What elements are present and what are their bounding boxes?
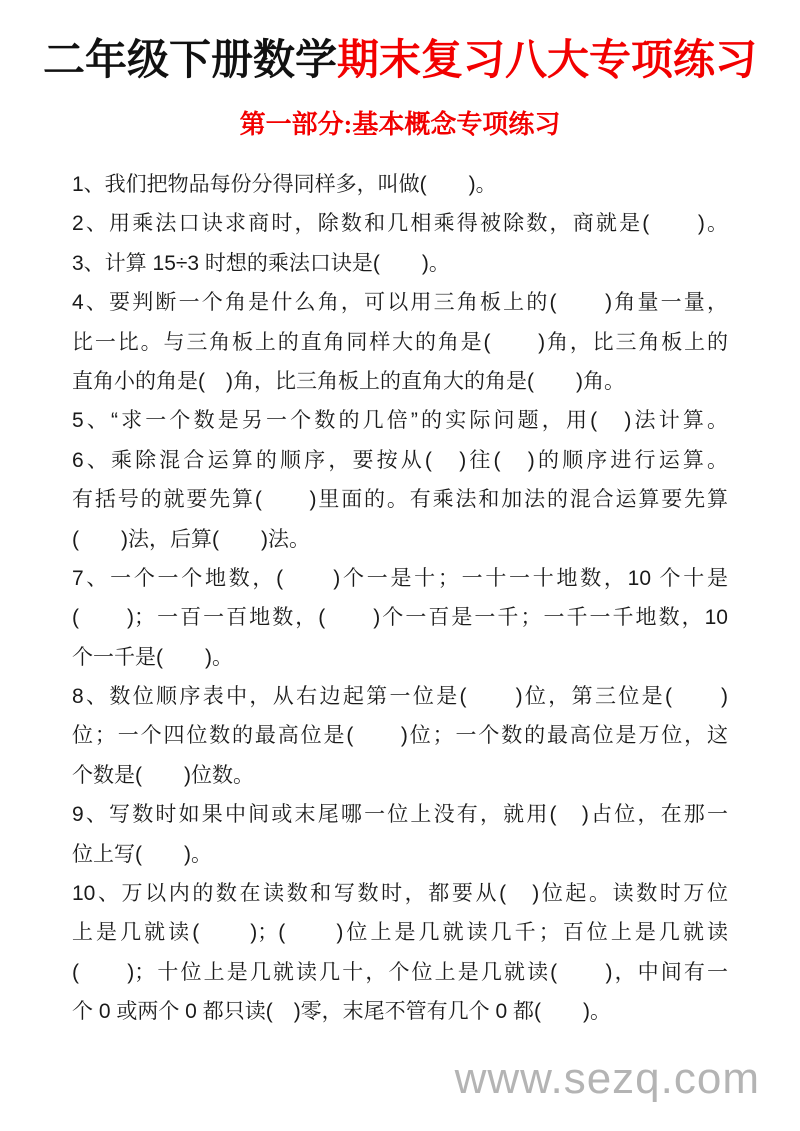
- q7-line2: ( )；一百一百地数，( )个一百是一千；一千一千地数，10: [72, 598, 728, 637]
- q9-line1: 9、写数时如果中间或末尾哪一位上没有，就用( )占位，在那一: [72, 795, 728, 834]
- worksheet-page: 二年级下册数学期末复习八大专项练习 第一部分:基本概念专项练习 1、我们把物品每…: [0, 0, 800, 1131]
- q8-line1: 8、数位顺序表中，从右边起第一位是( )位，第三位是( ): [72, 677, 728, 716]
- q4-line3: 直角小的角是( )角，比三角板上的直角大的角是( )角。: [72, 362, 728, 401]
- q8-line3: 个数是( )位数。: [72, 756, 728, 795]
- q7-line3: 个一千是( )。: [72, 638, 728, 677]
- watermark: www.sezq.com: [455, 1055, 760, 1103]
- q6-line3: ( )法，后算( )法。: [72, 520, 728, 559]
- q1-line1: 1、我们把物品每份分得同样多，叫做( )。: [72, 165, 728, 204]
- title-review-segment: 期末复习八大专项练习: [337, 38, 757, 84]
- q10-line1: 10、万以内的数在读数和写数时，都要从( )位起。读数时万位: [72, 874, 728, 913]
- q9-line2: 位上写( )。: [72, 835, 728, 874]
- page-title: 二年级下册数学期末复习八大专项练习: [0, 34, 800, 89]
- question-list: 1、我们把物品每份分得同样多，叫做( )。 2、用乘法口诀求商时，除数和几相乘得…: [72, 165, 728, 1032]
- q10-line4: 个 0 或两个 0 都只读( )零，末尾不管有几个 0 都( )。: [72, 992, 728, 1031]
- q2-line1: 2、用乘法口诀求商时，除数和几相乘得被除数，商就是( )。: [72, 204, 728, 243]
- q8-line2: 位；一个四位数的最高位是( )位；一个数的最高位是万位，这: [72, 716, 728, 755]
- q3-line1: 3、计算 15÷3 时想的乘法口诀是( )。: [72, 244, 728, 283]
- q6-line2: 有括号的就要先算( )里面的。有乘法和加法的混合运算要先算: [72, 480, 728, 519]
- title-grade-segment: 二年级下册数学: [43, 38, 337, 84]
- q4-line1: 4、要判断一个角是什么角，可以用三角板上的( )角量一量，: [72, 283, 728, 322]
- q10-line2: 上是几就读( )；( )位上是几就读几千；百位上是几就读: [72, 913, 728, 952]
- q6-line1: 6、乘除混合运算的顺序，要按从( )往( )的顺序进行运算。: [72, 441, 728, 480]
- section-subtitle: 第一部分:基本概念专项练习: [0, 108, 800, 142]
- q5-line1: 5、“求一个数是另一个数的几倍”的实际问题，用( )法计算。: [72, 401, 728, 440]
- q10-line3: ( )；十位上是几就读几十，个位上是几就读( )，中间有一: [72, 953, 728, 992]
- q4-line2: 比一比。与三角板上的直角同样大的角是( )角，比三角板上的: [72, 323, 728, 362]
- q7-line1: 7、一个一个地数，( )个一是十；一十一十地数，10 个十是: [72, 559, 728, 598]
